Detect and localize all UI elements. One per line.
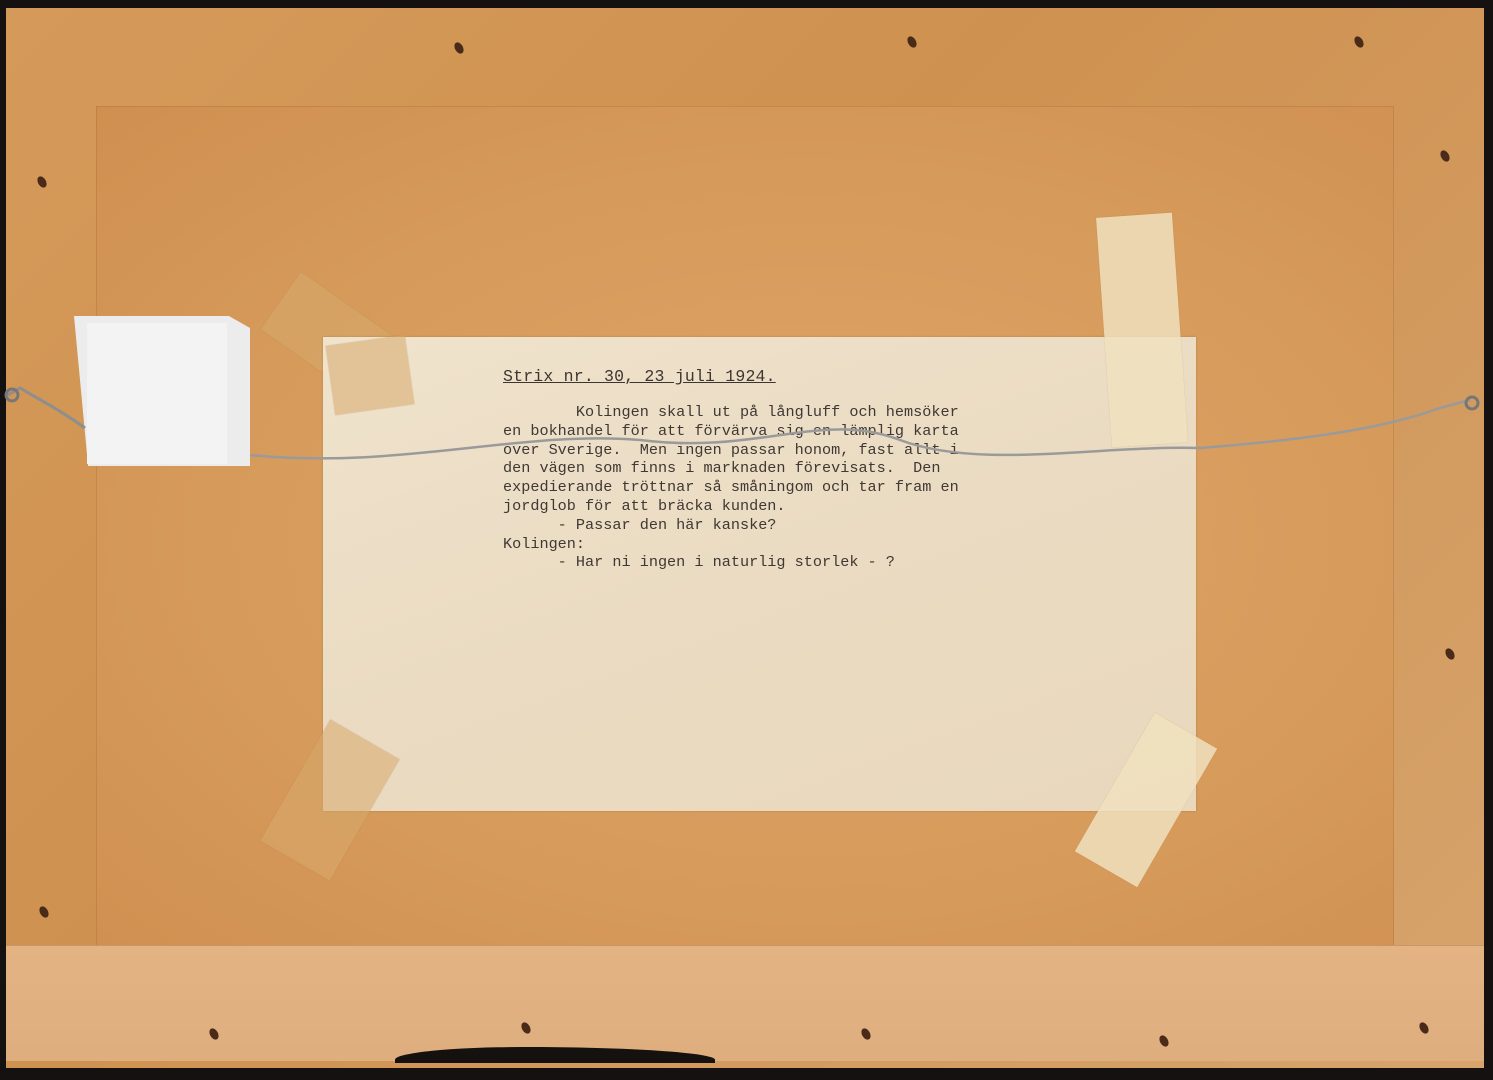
note-line: expedierande tröttnar så småningom och t…	[503, 478, 1203, 497]
tape-top-left	[326, 335, 415, 415]
blank-label	[87, 323, 227, 464]
note-body: Kolingen skall ut på långluff och hemsök…	[503, 403, 1203, 572]
note-heading: Strix nr. 30, 23 juli 1924.	[503, 367, 776, 386]
note-line: över Sverige. Men ingen passar honom, fa…	[503, 441, 1203, 460]
note-line: - Passar den här kanske?	[503, 516, 1203, 535]
note-line: - Har ni ingen i naturlig storlek - ?	[503, 553, 1203, 572]
note-line: Kolingen:	[503, 535, 1203, 554]
note-line: den vägen som finns i marknaden förevisa…	[503, 459, 1203, 478]
tape-top-right	[1096, 213, 1188, 448]
note-line: Kolingen skall ut på långluff och hemsök…	[503, 403, 1203, 422]
note-line: jordglob för att bräcka kunden.	[503, 497, 1203, 516]
note-line: en bokhandel för att förvärva sig en läm…	[503, 422, 1203, 441]
picture-frame: Strix nr. 30, 23 juli 1924. Kolingen ska…	[0, 0, 1493, 1080]
typewritten-note: Strix nr. 30, 23 juli 1924. Kolingen ska…	[323, 337, 1196, 811]
bottom-paper-strip	[6, 945, 1484, 1061]
